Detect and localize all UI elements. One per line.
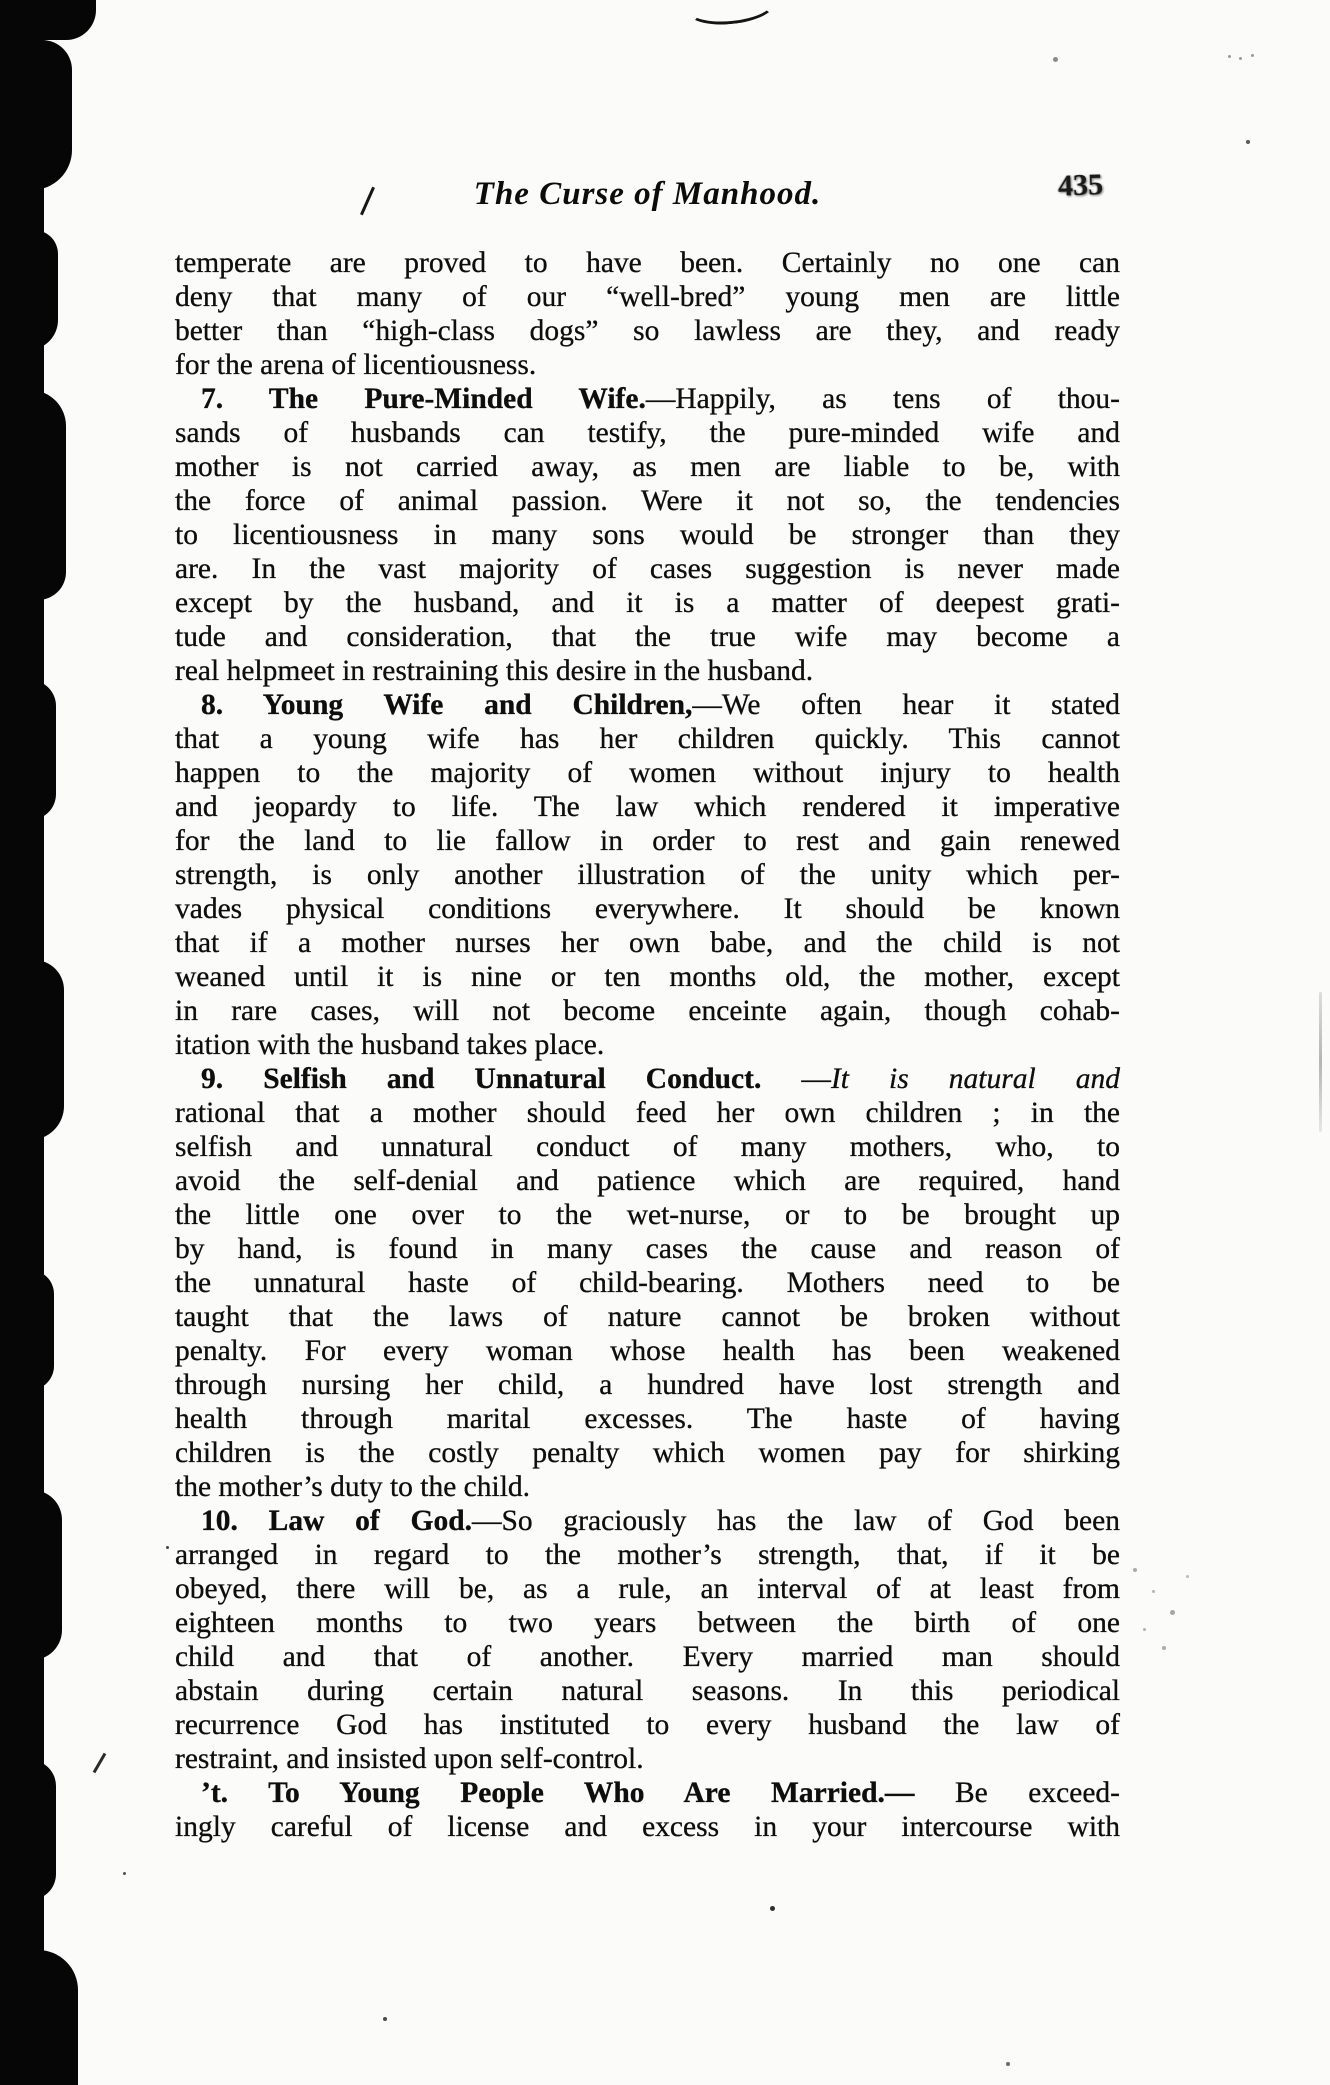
scan-edge-artifact bbox=[0, 0, 96, 40]
text-segment: itation with the husband takes place. bbox=[175, 1029, 604, 1061]
text-segment: the mother’s duty to the child. bbox=[175, 1471, 530, 1503]
text-line: recurrence God has instituted to every h… bbox=[175, 1708, 1120, 1742]
scan-edge-artifact bbox=[0, 960, 64, 1140]
text-line: except by the husband, and it is a matte… bbox=[175, 586, 1120, 620]
text-segment: selfish and unnatural conduct of many mo… bbox=[175, 1131, 1120, 1163]
ink-speck bbox=[123, 1872, 126, 1875]
text-line: temperate are proved to have been. Certa… bbox=[175, 246, 1120, 280]
paragraph: 10. Law of God.—So graciously has the la… bbox=[175, 1504, 1120, 1776]
text-segment: recurrence God has instituted to every h… bbox=[175, 1709, 1120, 1741]
text-segment: ingly careful of license and excess in y… bbox=[175, 1811, 1120, 1843]
text-segment: health through marital excesses. The has… bbox=[175, 1403, 1120, 1435]
ink-speck bbox=[770, 1906, 775, 1911]
text-line: better than “high-class dogs” so lawless… bbox=[175, 314, 1120, 348]
text-line: in rare cases, will not become enceinte … bbox=[175, 994, 1120, 1028]
text-line: by hand, is found in many cases the caus… bbox=[175, 1232, 1120, 1266]
scan-edge-artifact bbox=[0, 40, 72, 190]
scan-streak-artifact bbox=[1319, 992, 1322, 1132]
ink-speck bbox=[1246, 140, 1250, 144]
text-segment: the little one over to the wet-nurse, or… bbox=[175, 1199, 1120, 1231]
text-line: taught that the laws of nature cannot be… bbox=[175, 1300, 1120, 1334]
text-line: rational that a mother should feed her o… bbox=[175, 1096, 1120, 1130]
paragraph: 9. Selfish and Unnatural Conduct. —It is… bbox=[175, 1062, 1120, 1504]
scan-edge-artifact bbox=[0, 1950, 78, 2085]
text-segment: It is natural and bbox=[831, 1063, 1120, 1095]
scan-edge-artifact bbox=[0, 230, 58, 350]
paragraph: 7. The Pure-Minded Wife.—Happily, as ten… bbox=[175, 382, 1120, 688]
text-segment: weaned until it is nine or ten months ol… bbox=[175, 961, 1120, 993]
text-segment: sands of husbands can testify, the pure-… bbox=[175, 417, 1120, 449]
text-line: that a young wife has her children quick… bbox=[175, 722, 1120, 756]
text-segment: for the arena of licentiousness. bbox=[175, 349, 536, 381]
text-line: weaned until it is nine or ten months ol… bbox=[175, 960, 1120, 994]
text-segment: rational that a mother should feed her o… bbox=[175, 1097, 1120, 1129]
ink-speck bbox=[1170, 1610, 1175, 1615]
ink-speck bbox=[1228, 55, 1231, 58]
text-segment: real helpmeet in restraining this desire… bbox=[175, 655, 813, 687]
text-line: the unnatural haste of child-bearing. Mo… bbox=[175, 1266, 1120, 1300]
text-segment: obeyed, there will be, as a rule, an int… bbox=[175, 1573, 1120, 1605]
paragraph: ’t. To Young People Who Are Married.— Be… bbox=[175, 1776, 1120, 1844]
text-line: through nursing her child, a hundred hav… bbox=[175, 1368, 1120, 1402]
text-segment: children is the costly penalty which wom… bbox=[175, 1437, 1120, 1469]
ink-speck bbox=[1251, 54, 1254, 57]
page-body-text: temperate are proved to have been. Certa… bbox=[175, 246, 1120, 1844]
text-segment: that a young wife has her children quick… bbox=[175, 723, 1120, 755]
text-segment: —We often hear it stated bbox=[692, 689, 1120, 721]
ink-speck bbox=[1133, 1568, 1137, 1572]
scanned-book-page: The Curse of Manhood. 435 temperate are … bbox=[0, 0, 1330, 2085]
text-segment: eighteen months to two years between the… bbox=[175, 1607, 1120, 1639]
text-segment: strength, is only another illustration o… bbox=[175, 859, 1120, 891]
ink-speck bbox=[1053, 57, 1058, 62]
text-segment: happen to the majority of women without … bbox=[175, 757, 1120, 789]
text-segment: tude and consideration, that the true wi… bbox=[175, 621, 1120, 653]
text-segment: Be exceed- bbox=[914, 1777, 1120, 1809]
text-line: children is the costly penalty which wom… bbox=[175, 1436, 1120, 1470]
scan-curve-artifact bbox=[684, 0, 777, 29]
text-line: 9. Selfish and Unnatural Conduct. —It is… bbox=[175, 1062, 1120, 1096]
paragraph: 8. Young Wife and Children,—We often hea… bbox=[175, 688, 1120, 1062]
text-line: are. In the vast majority of cases sugge… bbox=[175, 552, 1120, 586]
text-line: 10. Law of God.—So graciously has the la… bbox=[175, 1504, 1120, 1538]
text-line: sands of husbands can testify, the pure-… bbox=[175, 416, 1120, 450]
ink-speck bbox=[383, 2017, 387, 2021]
text-line: ’t. To Young People Who Are Married.— Be… bbox=[175, 1776, 1120, 1810]
text-line: eighteen months to two years between the… bbox=[175, 1606, 1120, 1640]
text-segment: 8. Young Wife and Children, bbox=[201, 689, 692, 721]
text-line: obeyed, there will be, as a rule, an int… bbox=[175, 1572, 1120, 1606]
text-segment: child and that of another. Every married… bbox=[175, 1641, 1120, 1673]
text-line: that if a mother nurses her own babe, an… bbox=[175, 926, 1120, 960]
running-head-title: The Curse of Manhood. bbox=[175, 176, 1120, 213]
text-line: mother is not carried away, as men are l… bbox=[175, 450, 1120, 484]
text-line: deny that many of our “well-bred” young … bbox=[175, 280, 1120, 314]
text-segment: 7. The Pure-Minded Wife. bbox=[201, 383, 646, 415]
text-segment: 9. Selfish and Unnatural Conduct. bbox=[201, 1063, 761, 1095]
ink-speck bbox=[1152, 1590, 1155, 1593]
text-segment: —Happily, as tens of thou- bbox=[646, 383, 1120, 415]
text-line: 7. The Pure-Minded Wife.—Happily, as ten… bbox=[175, 382, 1120, 416]
text-segment: avoid the self-denial and patience which… bbox=[175, 1165, 1120, 1197]
text-line: strength, is only another illustration o… bbox=[175, 858, 1120, 892]
text-line: penalty. For every woman whose health ha… bbox=[175, 1334, 1120, 1368]
text-line: itation with the husband takes place. bbox=[175, 1028, 1120, 1062]
scan-edge-artifact bbox=[0, 1760, 56, 1900]
ink-slash-mark bbox=[93, 1753, 107, 1774]
ink-speck bbox=[1186, 1575, 1189, 1578]
text-segment: for the land to lie fallow in order to r… bbox=[175, 825, 1120, 857]
text-segment: ’t. To Young People Who Are Married.— bbox=[201, 1777, 914, 1809]
text-line: selfish and unnatural conduct of many mo… bbox=[175, 1130, 1120, 1164]
text-segment: by hand, is found in many cases the caus… bbox=[175, 1233, 1120, 1265]
text-line: ingly careful of license and excess in y… bbox=[175, 1810, 1120, 1844]
text-segment: deny that many of our “well-bred” young … bbox=[175, 281, 1120, 313]
text-segment: 10. Law of God. bbox=[201, 1505, 472, 1537]
text-segment: abstain during certain natural seasons. … bbox=[175, 1675, 1120, 1707]
text-segment: except by the husband, and it is a matte… bbox=[175, 587, 1120, 619]
text-line: tude and consideration, that the true wi… bbox=[175, 620, 1120, 654]
text-segment: through nursing her child, a hundred hav… bbox=[175, 1369, 1120, 1401]
text-line: for the arena of licentiousness. bbox=[175, 348, 1120, 382]
text-line: vades physical conditions everywhere. It… bbox=[175, 892, 1120, 926]
ink-speck bbox=[1162, 1646, 1166, 1650]
text-segment: temperate are proved to have been. Certa… bbox=[175, 247, 1120, 279]
text-segment: taught that the laws of nature cannot be… bbox=[175, 1301, 1120, 1333]
ink-speck bbox=[1006, 2062, 1010, 2066]
text-line: child and that of another. Every married… bbox=[175, 1640, 1120, 1674]
text-segment: vades physical conditions everywhere. It… bbox=[175, 893, 1120, 925]
text-line: arranged in regard to the mother’s stren… bbox=[175, 1538, 1120, 1572]
text-segment: restraint, and insisted upon self-contro… bbox=[175, 1743, 644, 1775]
text-segment: the force of animal passion. Were it not… bbox=[175, 485, 1120, 517]
text-line: restraint, and insisted upon self-contro… bbox=[175, 1742, 1120, 1776]
text-segment: to licentiousness in many sons would be … bbox=[175, 519, 1120, 551]
text-line: abstain during certain natural seasons. … bbox=[175, 1674, 1120, 1708]
text-line: the force of animal passion. Were it not… bbox=[175, 484, 1120, 518]
ink-speck bbox=[1143, 1628, 1146, 1631]
text-segment: mother is not carried away, as men are l… bbox=[175, 451, 1120, 483]
text-line: health through marital excesses. The has… bbox=[175, 1402, 1120, 1436]
text-line: 8. Young Wife and Children,—We often hea… bbox=[175, 688, 1120, 722]
text-segment: and jeopardy to life. The law which rend… bbox=[175, 791, 1120, 823]
text-segment: that if a mother nurses her own babe, an… bbox=[175, 927, 1120, 959]
text-line: the little one over to the wet-nurse, or… bbox=[175, 1198, 1120, 1232]
text-segment: —So graciously has the law of God been bbox=[472, 1505, 1120, 1537]
text-segment: the unnatural haste of child-bearing. Mo… bbox=[175, 1267, 1120, 1299]
paragraph: temperate are proved to have been. Certa… bbox=[175, 246, 1120, 382]
ink-speck bbox=[1239, 57, 1242, 60]
ink-speck bbox=[166, 1546, 169, 1549]
text-line: to licentiousness in many sons would be … bbox=[175, 518, 1120, 552]
text-segment: — bbox=[761, 1063, 831, 1095]
text-segment: better than “high-class dogs” so lawless… bbox=[175, 315, 1120, 347]
text-segment: penalty. For every woman whose health ha… bbox=[175, 1335, 1120, 1367]
scan-edge-artifact bbox=[0, 1270, 54, 1390]
text-line: for the land to lie fallow in order to r… bbox=[175, 824, 1120, 858]
page-number: 435 bbox=[1057, 166, 1148, 203]
text-segment: are. In the vast majority of cases sugge… bbox=[175, 553, 1120, 585]
scan-edge-artifact bbox=[0, 390, 66, 600]
text-line: avoid the self-denial and patience which… bbox=[175, 1164, 1120, 1198]
text-line: real helpmeet in restraining this desire… bbox=[175, 654, 1120, 688]
text-line: happen to the majority of women without … bbox=[175, 756, 1120, 790]
text-segment: arranged in regard to the mother’s stren… bbox=[175, 1539, 1120, 1571]
scan-edge-artifact bbox=[0, 680, 56, 820]
text-line: and jeopardy to life. The law which rend… bbox=[175, 790, 1120, 824]
text-line: the mother’s duty to the child. bbox=[175, 1470, 1120, 1504]
scan-edge-artifact bbox=[0, 1490, 62, 1660]
text-segment: in rare cases, will not become enceinte … bbox=[175, 995, 1120, 1027]
